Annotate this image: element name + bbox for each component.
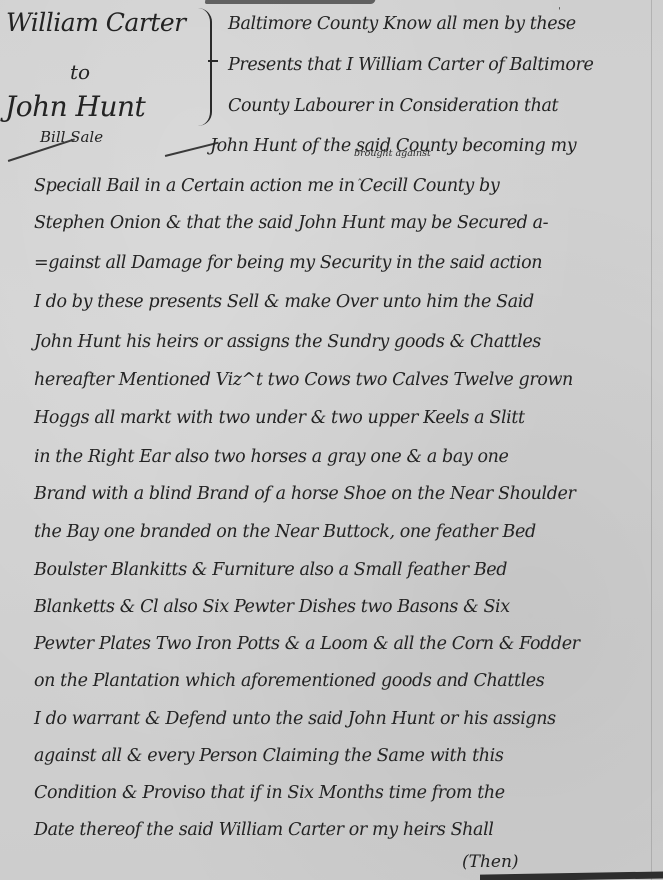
margin-instrument-type: Bill Sale bbox=[40, 128, 103, 146]
text-line: Boulster Blankitts & Furniture also a Sm… bbox=[34, 560, 507, 580]
margin-grantee: John Hunt bbox=[5, 90, 145, 123]
margin-grantor: William Carter bbox=[6, 8, 186, 37]
text-line: in the Right Ear also two horses a gray … bbox=[34, 447, 508, 467]
text-line: Blanketts & Cl also Six Pewter Dishes tw… bbox=[34, 597, 510, 617]
page-edge-shadow bbox=[480, 871, 663, 880]
text-line: the Bay one branded on the Near Buttock,… bbox=[34, 522, 536, 542]
text-line: I do by these presents Sell & make Over … bbox=[34, 292, 534, 312]
text-line: Presents that I William Carter of Baltim… bbox=[228, 55, 593, 75]
text-line: I do warrant & Defend unto the said John… bbox=[34, 709, 556, 729]
text-line: hereafter Mentioned Viz^t two Cows two C… bbox=[34, 370, 573, 390]
margin-bracket bbox=[196, 8, 212, 126]
text-line: Pewter Plates Two Iron Potts & a Loom & … bbox=[34, 634, 580, 654]
text-line: Brand with a blind Brand of a horse Shoe… bbox=[34, 484, 575, 504]
page-fold bbox=[651, 0, 652, 880]
margin-connector: to bbox=[70, 60, 90, 84]
manuscript-page: ˌ William Carter to John Hunt Bill Sale … bbox=[0, 0, 663, 880]
text-line: Speciall Bail in a Certain action me in … bbox=[34, 176, 499, 196]
ink-smudge bbox=[205, 0, 376, 4]
text-line: Date thereof the said William Carter or … bbox=[34, 820, 493, 840]
text-line: Hoggs all markt with two under & two upp… bbox=[34, 408, 525, 428]
text-line: Condition & Proviso that if in Six Month… bbox=[34, 783, 505, 803]
text-line: Baltimore County Know all men by these bbox=[228, 14, 576, 34]
text-line: John Hunt his heirs or assigns the Sundr… bbox=[34, 332, 541, 352]
text-line: =gainst all Damage for being my Security… bbox=[34, 253, 542, 273]
text-line: Stephen Onion & that the said John Hunt … bbox=[34, 213, 548, 233]
stray-mark: ˌ bbox=[558, 0, 561, 11]
text-line: against all & every Person Claiming the … bbox=[34, 746, 503, 766]
bracket-point bbox=[208, 60, 218, 62]
text-line: County Labourer in Consideration that bbox=[228, 96, 558, 116]
catchword: (Then) bbox=[462, 852, 519, 872]
text-line: on the Plantation which aforementioned g… bbox=[34, 671, 544, 691]
interlinear-insertion: brought against bbox=[354, 148, 431, 159]
